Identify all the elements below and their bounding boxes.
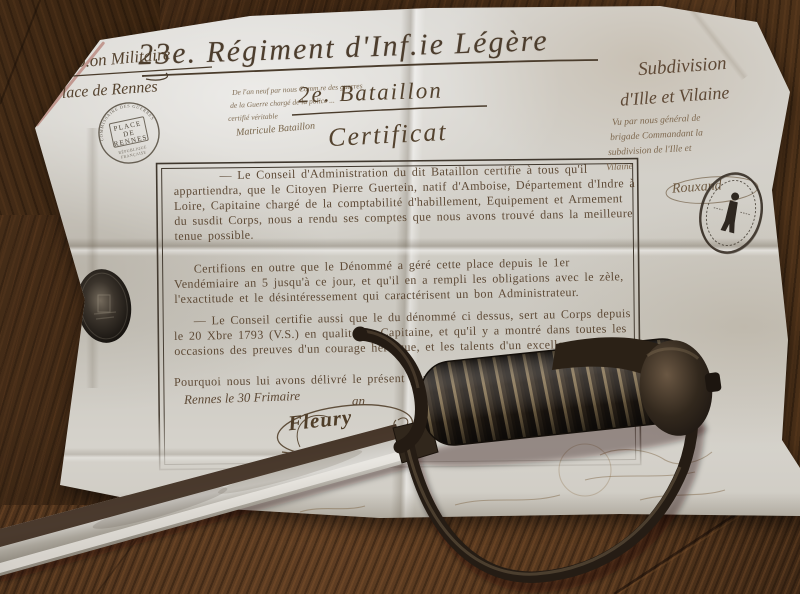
photo-stage: 23e. Régiment d'Inf.ie Légère 13e. D.on …: [0, 0, 800, 594]
sabre: [0, 0, 800, 594]
tang-button: [704, 372, 721, 393]
sabre-blade: [0, 424, 413, 576]
